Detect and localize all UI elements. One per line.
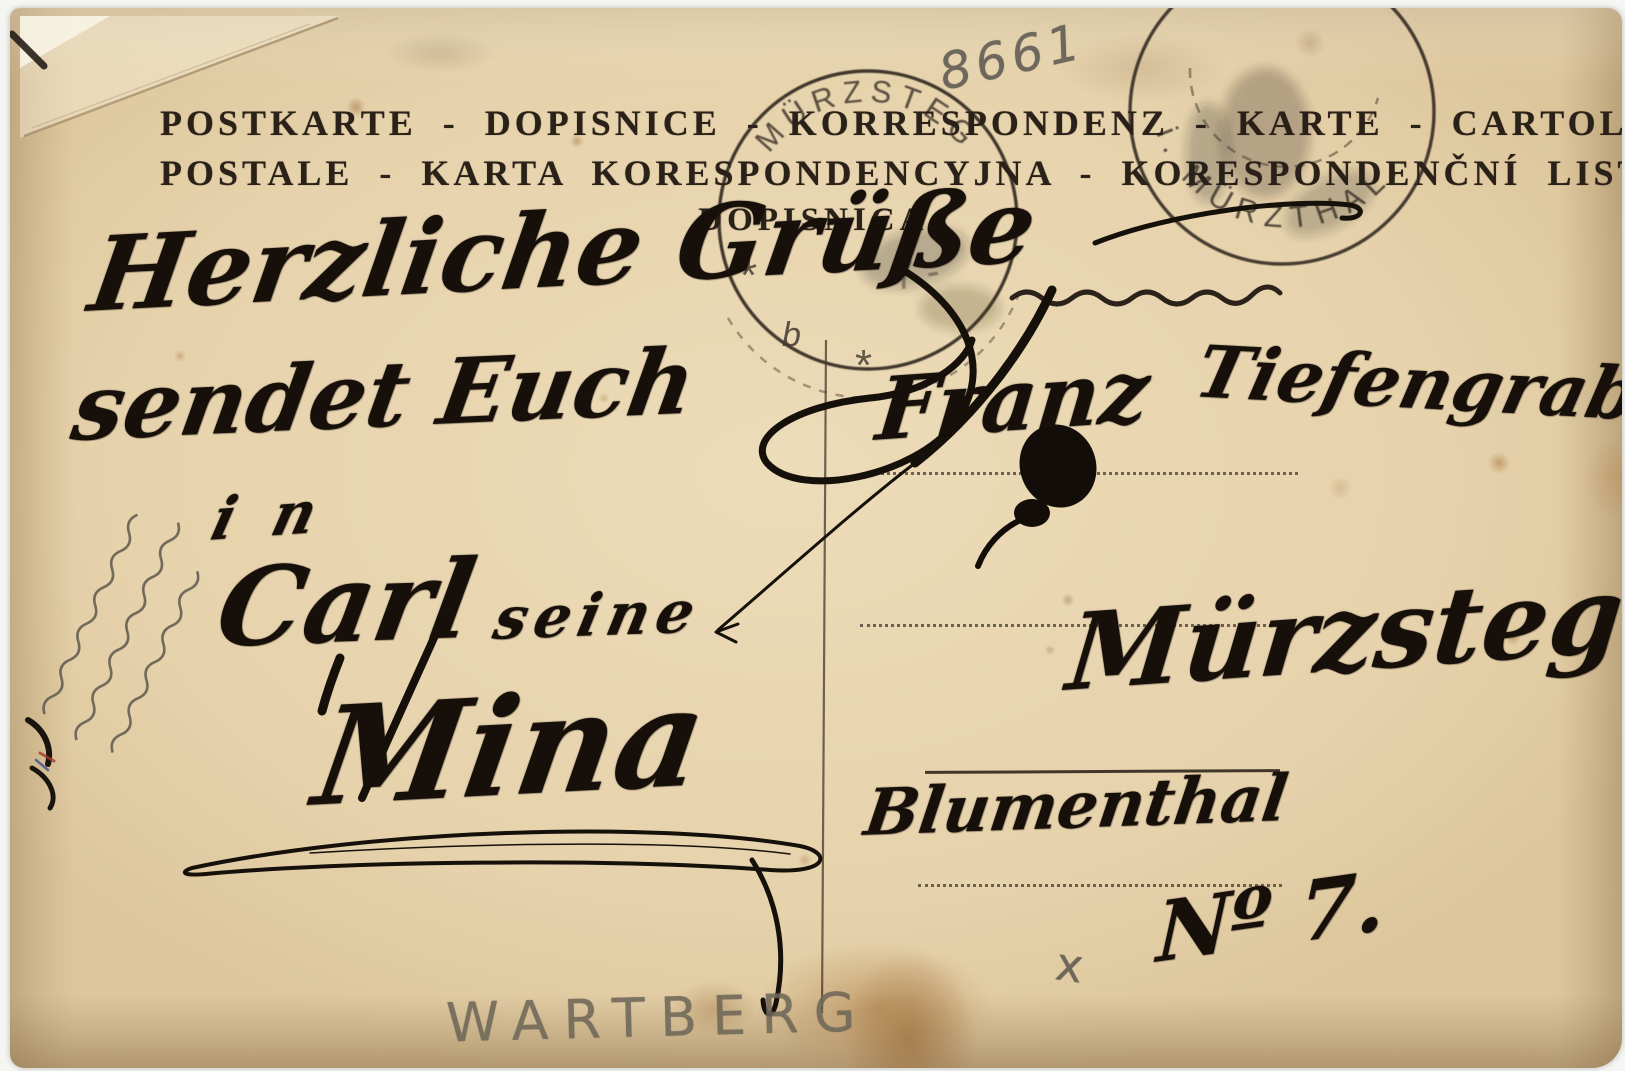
center-divider-line [822,340,826,1013]
address-district: Blumenthal [860,761,1292,851]
recipient-first-name: Franz [872,340,1154,461]
postcard-back: POSTKARTE - DOPISNICE - KORRESPONDENZ - … [10,8,1622,1068]
postcard-scan: POSTKARTE - DOPISNICE - KORRESPONDENZ - … [0,0,1625,1071]
pencil-location-caption: WARTBERG [445,980,871,1054]
postmark-left-index-letter: b [782,316,801,354]
edge-smudge [28,720,54,808]
postmark-right: i. MÜRZTHAL. [1130,8,1434,264]
pencil-margin-note [36,504,216,758]
corner-crease [12,16,340,138]
sender-suffix: seine [488,577,708,653]
postmark-left-star-2: * [855,341,872,390]
sender-name-mina: Mina [305,656,716,837]
sender-name-carl: Carl [208,536,484,672]
